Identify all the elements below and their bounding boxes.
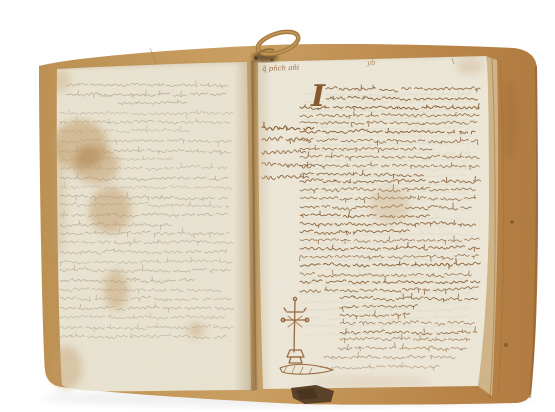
opening-initial: I (310, 79, 326, 114)
left-page (57, 62, 251, 391)
manuscript-photo-svg: q̃ pñch añi yb I (0, 0, 555, 412)
cover-shading (501, 78, 519, 162)
gutter (234, 58, 272, 391)
cover-speck (510, 220, 513, 223)
cover-speck (504, 343, 508, 347)
photograph: q̃ pñch añi yb I (0, 0, 555, 412)
header-inscription: q̃ pñch añi (262, 63, 300, 73)
folio-mark: yb (366, 59, 376, 67)
